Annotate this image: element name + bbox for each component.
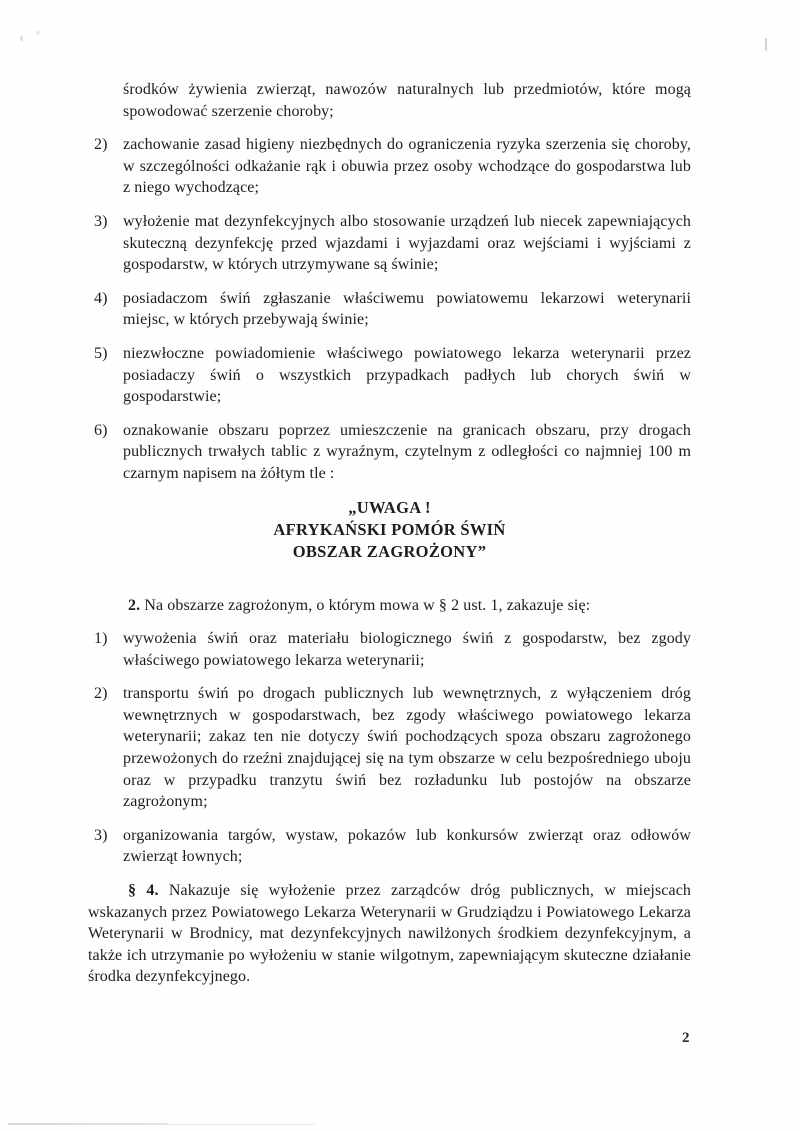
item-number: 2): [94, 683, 108, 705]
item-text: oznakowanie obszaru poprzez umieszczenie…: [123, 422, 691, 482]
section2-lead-paragraph: 2. Na obszarze zagrożonym, o którym mowa…: [88, 595, 691, 617]
section2-number: 2.: [128, 597, 140, 614]
section4-paragraph: § 4. Nakazuje się wyłożenie przez zarząd…: [88, 880, 691, 988]
section2-text: Na obszarze zagrożonym, o którym mowa w …: [144, 597, 590, 614]
item-text: niezwłoczne powiadomienie właściwego pow…: [123, 345, 691, 405]
item-number: 1): [94, 628, 108, 650]
list-item: 1) wywożenia świń oraz materiału biologi…: [88, 628, 691, 671]
item-number: 4): [94, 288, 108, 310]
item-number: 3): [94, 825, 108, 847]
item-text: organizowania targów, wystaw, pokazów lu…: [123, 827, 691, 866]
scan-artifact-line: [8, 1123, 168, 1125]
page-number: 2: [682, 1030, 690, 1047]
warning-sign-text: „UWAGA ! AFRYKAŃSKI POMÓR ŚWIŃ OBSZAR ZA…: [88, 497, 691, 563]
section4-text: Nakazuje się wyłożenie przez zarządców d…: [88, 882, 691, 985]
list-item: 3) wyłożenie mat dezynfekcyjnych albo st…: [88, 211, 691, 276]
list-item: 2) zachowanie zasad higieny niezbędnych …: [88, 134, 691, 199]
warning-line-3: OBSZAR ZAGROŻONY”: [88, 541, 691, 563]
list-item: 2) transportu świń po drogach publicznyc…: [88, 683, 691, 813]
page-content: środków żywienia zwierząt, nawozów natur…: [88, 79, 691, 988]
scan-artifact-line: [165, 1124, 315, 1125]
scan-artifact-speck: [20, 36, 23, 41]
list-item: 5) niezwłoczne powiadomienie właściwego …: [88, 343, 691, 408]
document-page: środków żywienia zwierząt, nawozów natur…: [0, 0, 800, 1131]
item-text: wyłożenie mat dezynfekcyjnych albo stoso…: [123, 213, 691, 273]
list-item: 6) oznakowanie obszaru poprzez umieszcze…: [88, 420, 691, 485]
warning-line-2: AFRYKAŃSKI POMÓR ŚWIŃ: [88, 519, 691, 541]
scan-artifact-speck: [36, 31, 40, 35]
item-text: posiadaczom świń zgłaszanie właściwemu p…: [123, 290, 691, 329]
item-number: 3): [94, 211, 108, 233]
list-item: 4) posiadaczom świń zgłaszanie właściwem…: [88, 288, 691, 331]
list-item: 3) organizowania targów, wystaw, pokazów…: [88, 825, 691, 868]
item-number: 6): [94, 420, 108, 442]
section4-number: § 4.: [128, 882, 159, 899]
item-text: transportu świń po drogach publicznych l…: [123, 685, 691, 810]
warning-line-1: „UWAGA !: [88, 497, 691, 519]
item-number: 5): [94, 343, 108, 365]
scan-artifact-edge-mark: [765, 38, 767, 51]
item-text: wywożenia świń oraz materiału biologiczn…: [123, 630, 691, 669]
intro-continuation-paragraph: środków żywienia zwierząt, nawozów natur…: [123, 79, 691, 122]
item-text: zachowanie zasad higieny niezbędnych do …: [123, 136, 691, 196]
item-number: 2): [94, 134, 108, 156]
